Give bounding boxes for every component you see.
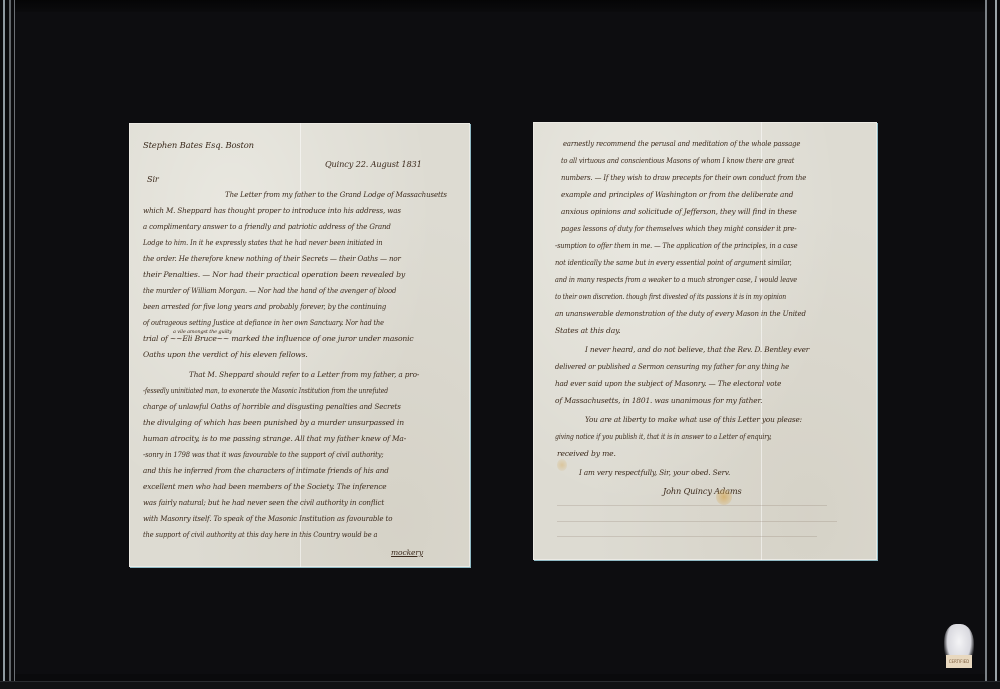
- letter-line: of Massachusetts, in 1801. was unanimous…: [555, 396, 762, 406]
- letter-line: -sonry in 1798 was that it was favourabl…: [143, 450, 383, 460]
- picture-frame: Stephen Bates Esq. Boston Quincy 22. Aug…: [0, 0, 1000, 689]
- letter-line: Lodge to him. In it he expressly states …: [143, 238, 382, 248]
- letter-line: The Letter from my father to the Grand L…: [225, 190, 447, 200]
- addressee: Stephen Bates Esq. Boston: [143, 140, 254, 150]
- letter-line: earnestly recommend the perusal and medi…: [563, 139, 800, 149]
- letter-line: example and principles of Washington or …: [561, 190, 793, 200]
- letter-line: and in many respects from a weaker to a …: [555, 275, 797, 285]
- frame-bottom-edge: [0, 681, 1000, 689]
- letter-line: States at this day.: [555, 326, 621, 336]
- letter-line: That M. Sheppard should refer to a Lette…: [189, 370, 419, 380]
- letter-line: numbers. — If they wish to draw precepts…: [561, 173, 806, 183]
- letter-line: the divulging of which has been punished…: [143, 418, 404, 428]
- frame-right-bevel: [985, 0, 997, 682]
- salutation: Sir: [147, 174, 159, 184]
- catchword: mockery: [391, 548, 423, 558]
- letter-line: and this he inferred from the characters…: [143, 466, 389, 476]
- letter-line: giving notice if you publish it, that it…: [555, 432, 772, 442]
- letter-line: anxious opinions and solicitude of Jeffe…: [561, 207, 797, 217]
- bleed-through: [557, 521, 837, 522]
- letter-line: I never heard, and do not believe, that …: [585, 345, 809, 355]
- letter-line: their Penalties. — Nor had their practic…: [143, 270, 405, 280]
- sticker-label: CERTIFIED: [946, 655, 972, 668]
- letter-line: which M. Sheppard has thought proper to …: [143, 206, 401, 216]
- letter-line: the order. He therefore knew nothing of …: [143, 254, 401, 264]
- letter-line: human atrocity, is to me passing strange…: [143, 434, 406, 444]
- letter-line: to their own discretion. though first di…: [555, 292, 786, 302]
- letter-line: the support of civil authority at this d…: [143, 530, 377, 540]
- letter-line: been arrested for five long years and pr…: [143, 302, 386, 312]
- letter-line: not identically the same but in every es…: [555, 258, 792, 268]
- fold-crease: [761, 122, 762, 560]
- bleed-through: [557, 505, 827, 506]
- letter-line: You are at liberty to make what use of t…: [585, 415, 802, 425]
- letter-line: -sumption to offer them in me. — The app…: [555, 241, 797, 251]
- letter-line: was fairly natural; but he had never see…: [143, 498, 384, 508]
- letter-page-1: Stephen Bates Esq. Boston Quincy 22. Aug…: [129, 123, 470, 567]
- closing: I am very respectfully, Sir, your obed. …: [579, 468, 730, 478]
- letter-line: to all virtuous and conscientious Masons…: [561, 156, 794, 166]
- letter-line: trial of ~~Eli Bruce~~ marked the influe…: [143, 334, 413, 344]
- letter-line: a complimentary answer to a friendly and…: [143, 222, 391, 232]
- letter-line: excellent men who had been members of th…: [143, 482, 387, 492]
- letter-line: an unanswerable demonstration of the dut…: [555, 309, 806, 319]
- letter-line: had ever said upon the subject of Masonr…: [555, 379, 781, 389]
- foxing-stain: [557, 459, 567, 471]
- letter-line: received by me.: [557, 449, 616, 459]
- letter-line: -fessedly uninitiated man, to exonerate …: [143, 386, 388, 396]
- letter-line: delivered or published a Sermon censurin…: [555, 362, 789, 372]
- foxing-stain: [716, 489, 732, 505]
- bleed-through: [557, 536, 817, 537]
- letter-line: with Masonry itself. To speak of the Mas…: [143, 514, 392, 524]
- letter-page-2: earnestly recommend the perusal and medi…: [533, 122, 877, 560]
- letter-line: charge of unlawful Oaths of horrible and…: [143, 402, 401, 412]
- dateline: Quincy 22. August 1831: [325, 159, 422, 169]
- letter-line: the murder of William Morgan. — Nor had …: [143, 286, 396, 296]
- letter-line: Oaths upon the verdict of his eleven fel…: [143, 350, 308, 360]
- frame-top-edge: [15, 0, 985, 12]
- frame-left-bevel: [3, 0, 15, 682]
- letter-line: pages lessons of duty for themselves whi…: [561, 224, 796, 234]
